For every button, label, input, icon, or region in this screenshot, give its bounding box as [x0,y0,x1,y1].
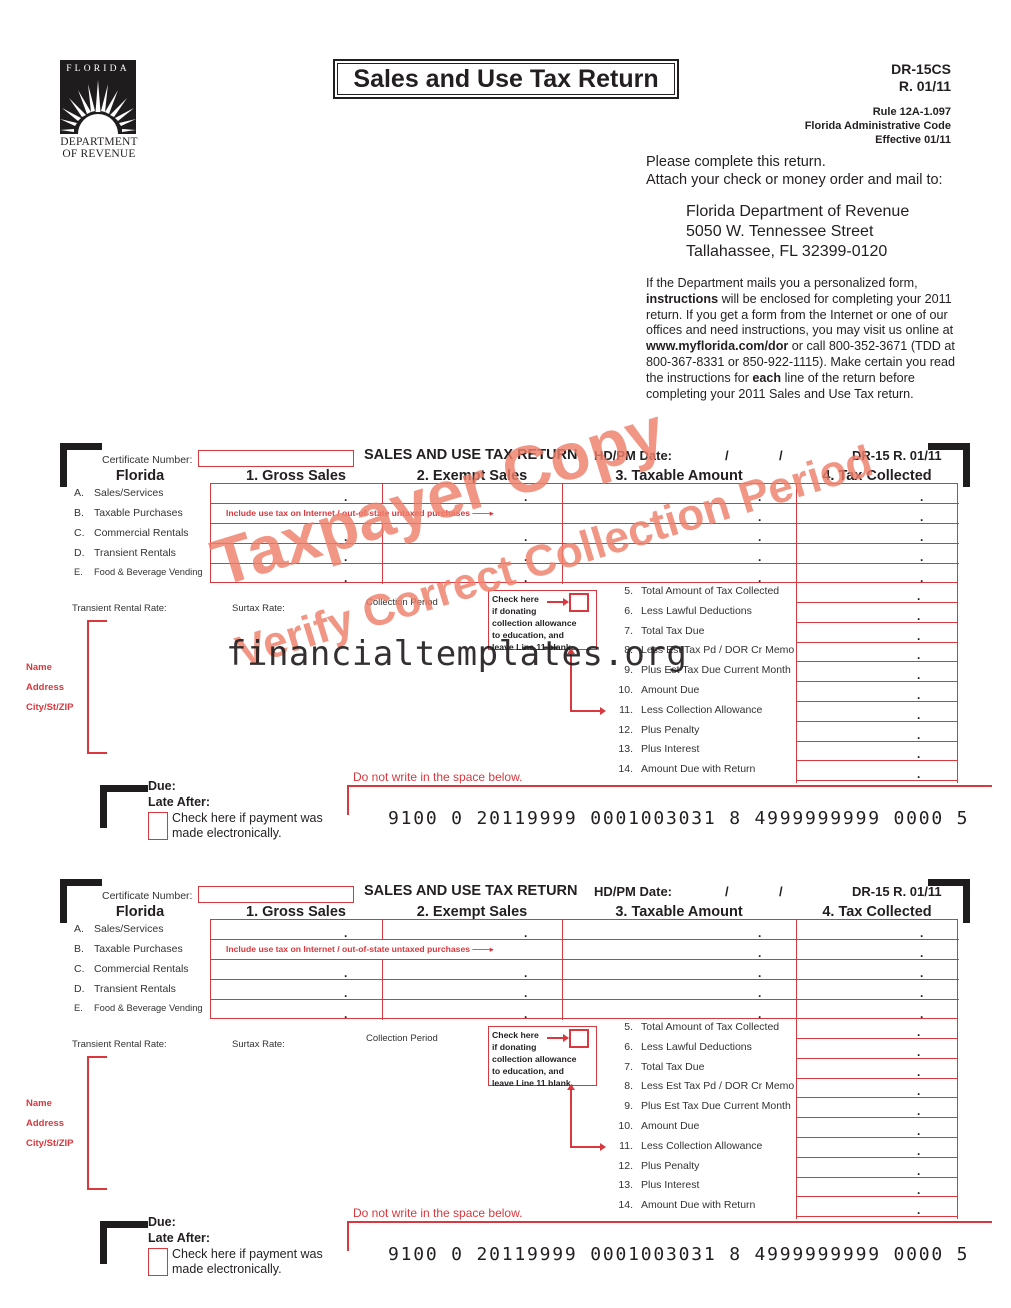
logo-dept-line2: OF REVENUE [58,148,140,160]
line-label: 11.Less Collection Allowance [604,704,762,716]
input-transient-rentals-exempt-sales[interactable]: . [383,980,563,1000]
decimal-point: . [758,1009,761,1019]
line-label: 13.Plus Interest [604,1179,699,1191]
line-number: 9. [604,1100,633,1112]
line-text: Plus Interest [641,743,699,755]
line-label: 14.Amount Due with Return [604,1199,755,1211]
paid-electronically-checkbox[interactable] [148,1248,168,1276]
column-header-gross-sales: 1. Gross Sales [210,468,382,484]
decimal-point: . [917,690,920,700]
arrow-right-icon [547,601,565,603]
line-label: 5.Total Amount of Tax Collected [604,585,779,597]
decimal-point: . [344,492,347,502]
row-text: Taxable Purchases [94,507,183,519]
row-label: D.Transient Rentals [74,547,176,559]
decimal-point: . [917,1086,920,1096]
surtax-rate-label: Surtax Rate: [232,1039,285,1050]
input-sales-services-taxable-amount[interactable]: . [563,484,797,504]
line-text: Plus Interest [641,1179,699,1191]
input-food-beverage-vending-tax-collected[interactable]: . [797,564,959,584]
input-sales-services-tax-collected[interactable]: . [797,920,959,940]
line-number: 6. [604,605,633,617]
line-label: 10.Amount Due [604,684,699,696]
input-line-10[interactable]: . [797,682,957,702]
form-revision-code: DR-15 R. 01/11 [852,884,942,899]
decimal-point: . [758,492,761,502]
decimal-point: . [917,710,920,720]
input-commercial-rentals-gross-sales[interactable]: . [211,960,383,980]
input-line-9[interactable]: . [797,1098,957,1118]
decimal-point: . [344,988,347,998]
decimal-point: . [758,948,761,958]
input-transient-rentals-gross-sales[interactable]: . [211,980,383,1000]
collection-period-label: Collection Period [366,1033,438,1044]
column-header-tax-collected: 4. Tax Collected [796,904,958,920]
section-title: SALES AND USE TAX RETURN [364,883,578,899]
row-label: A.Sales/Services [74,923,163,935]
decimal-point: . [917,1166,920,1176]
decimal-point: . [758,532,761,542]
summary-lines-column: .......... [796,583,958,783]
row-b-note-cell: Include use tax on Internet / out-of-sta… [211,940,563,960]
decimal-point: . [524,928,527,938]
decimal-point: . [917,670,920,680]
decimal-point: . [917,1146,920,1156]
row-text: Transient Rentals [94,983,176,995]
input-line-14[interactable]: . [797,761,957,781]
form-title: Sales and Use Tax Return [337,63,675,95]
decimal-point: . [920,1009,923,1019]
input-sales-services-exempt-sales[interactable]: . [383,920,563,940]
decimal-point: . [917,730,920,740]
scan-area-border [347,1221,992,1223]
decimal-point: . [920,492,923,502]
date-separator: / [725,448,729,463]
corner-mark-top-left [60,443,102,487]
city-st-zip-label: City/St/ZIP [26,1138,74,1149]
mail-instructions: Please complete this return. Attach your… [646,153,943,189]
decimal-point: . [917,1027,920,1037]
hdpm-date-label: HD/PM Date: [594,884,672,899]
decimal-point: . [344,552,347,562]
line-number: 12. [604,724,633,736]
name-label: Name [26,662,52,673]
due-label: Due: [148,1215,176,1229]
address-label: Address [26,682,64,693]
please-line-1: Please complete this return. [646,153,943,171]
date-separator: / [779,448,783,463]
line-number: 10. [604,684,633,696]
form-revision: R. 01/11 [891,78,951,95]
input-taxable-purchases-tax-collected[interactable]: . [797,940,959,960]
input-transient-rentals-taxable-amount[interactable]: . [563,980,797,1000]
certificate-number-field[interactable] [198,450,354,467]
decimal-point: . [344,573,347,583]
input-sales-services-taxable-amount[interactable]: . [563,920,797,940]
line-number: 7. [604,625,633,637]
instr-bold-each: each [752,371,781,385]
input-line-13[interactable]: . [797,741,957,761]
row-label: E.Food & Beverage Vending [74,1003,203,1013]
line-label: 9.Plus Est Tax Due Current Month [604,1100,791,1112]
line-text: Total Tax Due [641,1061,704,1073]
line-label: 6.Less Lawful Deductions [604,1041,752,1053]
line-text: Plus Est Tax Due Current Month [641,1100,791,1112]
decimal-point: . [524,573,527,583]
instr-bold-instructions: instructions [646,292,718,306]
line-label: 10.Amount Due [604,1120,699,1132]
instr-text-1: If the Department mails you a personaliz… [646,276,918,290]
line-text: Plus Est Tax Due Current Month [641,664,791,676]
line-number: 13. [604,1179,633,1191]
input-food-beverage-vending-exempt-sales[interactable]: . [383,1000,563,1020]
line-number: 9. [604,664,633,676]
row-text: Sales/Services [94,923,163,935]
column-header-exempt-sales: 2. Exempt Sales [382,468,562,484]
date-separator: / [779,884,783,899]
dor-website-link[interactable]: www.myflorida.com/dor [646,339,788,353]
logo-department-text: DEPARTMENT OF REVENUE [58,136,140,160]
row-label: B.Taxable Purchases [74,943,183,955]
input-line-7[interactable]: . [797,1059,957,1079]
surtax-rate-label: Surtax Rate: [232,603,285,614]
donate-text-line: collection allowance [492,1053,593,1065]
paid-electronically-label: Check here if payment was made electroni… [172,811,352,841]
input-transient-rentals-exempt-sales[interactable]: . [383,544,563,564]
input-line-10[interactable]: . [797,1118,957,1138]
row-label: D.Transient Rentals [74,983,176,995]
line-number: 11. [604,704,633,716]
line-label: 12.Plus Penalty [604,1160,699,1172]
input-transient-rentals-tax-collected[interactable]: . [797,980,959,1000]
row-letter: D. [74,547,94,559]
donate-text-line: leave Line 11 blank. [492,641,593,653]
decimal-point: . [524,968,527,978]
decimal-point: . [758,512,761,522]
input-commercial-rentals-exempt-sales[interactable]: . [383,524,563,544]
input-food-beverage-vending-tax-collected[interactable]: . [797,1000,959,1020]
row-b-note-cell: Include use tax on Internet / out-of-sta… [211,504,563,524]
decimal-point: . [920,988,923,998]
row-letter: D. [74,983,94,995]
input-line-9[interactable]: . [797,662,957,682]
row-label: E.Food & Beverage Vending [74,567,203,577]
row-text: Commercial Rentals [94,963,189,975]
row-letter: A. [74,487,94,499]
decimal-point: . [917,1205,920,1215]
line-label: 13.Plus Interest [604,743,699,755]
input-line-5[interactable]: . [797,1019,957,1039]
input-commercial-rentals-exempt-sales[interactable]: . [383,960,563,980]
decimal-point: . [917,1126,920,1136]
row-text: Sales/Services [94,487,163,499]
admin-code: Florida Administrative Code [805,119,951,133]
scan-area-border [347,785,992,787]
line-label: 7.Total Tax Due [604,625,704,637]
row-text: Taxable Purchases [94,943,183,955]
line-number: 12. [604,1160,633,1172]
address-window-bracket [87,620,107,754]
input-sales-services-gross-sales[interactable]: . [211,484,383,504]
line-text: Plus Penalty [641,1160,699,1172]
corner-mark-due [100,1221,148,1264]
decimal-point: . [524,532,527,542]
corner-mark-top-left [60,879,102,923]
decimal-point: . [920,928,923,938]
column-header-florida: Florida [100,468,180,484]
input-sales-services-tax-collected[interactable]: . [797,484,959,504]
rule-number: Rule 12A-1.097 [805,105,951,119]
line-text: Less Collection Allowance [641,1140,762,1152]
input-line-14[interactable]: . [797,1197,957,1217]
input-commercial-rentals-tax-collected[interactable]: . [797,960,959,980]
line-text: Amount Due with Return [641,1199,755,1211]
decimal-point: . [344,968,347,978]
line-label: 7.Total Tax Due [604,1061,704,1073]
form-number: DR-15CS [891,61,951,78]
decimal-point: . [917,591,920,601]
logo-dept-line1: DEPARTMENT [58,136,140,148]
line-number: 10. [604,1120,633,1132]
row-letter: B. [74,943,94,955]
decimal-point: . [524,988,527,998]
line-number: 11. [604,1140,633,1152]
row-text: Transient Rentals [94,547,176,559]
line-label: 6.Less Lawful Deductions [604,605,752,617]
decimal-point: . [758,968,761,978]
input-food-beverage-vending-gross-sales[interactable]: . [211,564,383,584]
row-letter: E. [74,567,94,577]
column-header-taxable-amount: 3. Taxable Amount [562,904,796,920]
input-food-beverage-vending-exempt-sales[interactable]: . [383,564,563,584]
use-tax-note: Include use tax on Internet / out-of-sta… [226,944,494,955]
name-label: Name [26,1098,52,1109]
row-label: B.Taxable Purchases [74,507,183,519]
column-header-florida: Florida [100,904,180,920]
effective-date: Effective 01/11 [805,133,951,147]
decimal-point: . [524,492,527,502]
line-text: Less Est Tax Pd / DOR Cr Memo [641,1080,794,1092]
decimal-point: . [344,532,347,542]
paid-electronically-label: Check here if payment was made electroni… [172,1247,352,1277]
form-revision-code: DR-15 R. 01/11 [852,448,942,463]
line-text: Amount Due [641,684,699,696]
decimal-point: . [524,1009,527,1019]
donate-text-line: to education, and [492,1065,593,1077]
input-line-12[interactable]: . [797,1158,957,1178]
decimal-point: . [524,552,527,562]
column-header-taxable-amount: 3. Taxable Amount [562,468,796,484]
line-text: Total Amount of Tax Collected [641,1021,779,1033]
transient-rental-rate-label: Transient Rental Rate: [72,1039,167,1050]
florida-dor-logo: FLORIDA [60,60,136,134]
input-line-8[interactable]: . [797,642,957,662]
section-title: SALES AND USE TAX RETURN [364,447,578,463]
decimal-point: . [758,988,761,998]
row-label: C.Commercial Rentals [74,963,189,975]
line-text: Less Collection Allowance [641,704,762,716]
date-separator: / [725,884,729,899]
line-number: 8. [604,644,633,656]
input-food-beverage-vending-taxable-amount[interactable]: . [563,1000,797,1020]
late-after-label: Late After: [148,795,210,809]
input-food-beverage-vending-gross-sales[interactable]: . [211,1000,383,1020]
column-header-exempt-sales: 2. Exempt Sales [382,904,562,920]
decimal-point: . [917,1185,920,1195]
rule-block: Rule 12A-1.097 Florida Administrative Co… [805,105,951,147]
decimal-point: . [920,968,923,978]
input-line-13[interactable]: . [797,1177,957,1197]
line-label: 9.Plus Est Tax Due Current Month [604,664,791,676]
arrow-right-icon [570,710,602,712]
use-tax-note: Include use tax on Internet / out-of-sta… [226,508,494,519]
sunburst-logo-icon [60,78,136,134]
arrow-right-icon [547,1037,565,1039]
input-sales-services-gross-sales[interactable]: . [211,920,383,940]
input-line-5[interactable]: . [797,583,957,603]
input-taxable-purchases-taxable-amount[interactable]: . [563,940,797,960]
tax-return-coupon: Certificate Number: SALES AND USE TAX RE… [0,876,1011,1296]
input-line-6[interactable]: . [797,1039,957,1059]
mailing-address: Florida Department of Revenue 5050 W. Te… [686,202,909,262]
line-number: 14. [604,763,633,775]
input-commercial-rentals-taxable-amount[interactable]: . [563,960,797,980]
donate-text-line: to education, and [492,629,593,641]
decimal-point: . [758,552,761,562]
donate-to-education-checkbox[interactable] [569,1029,589,1048]
row-text: Food & Beverage Vending [94,1003,203,1013]
collection-period-label: Collection Period [366,597,438,608]
row-letter: C. [74,527,94,539]
line-label: 12.Plus Penalty [604,724,699,736]
form-title-box: Sales and Use Tax Return [333,59,679,99]
row-letter: A. [74,923,94,935]
decimal-point: . [917,749,920,759]
corner-mark-due [100,785,148,828]
decimal-point: . [920,532,923,542]
row-text: Commercial Rentals [94,527,189,539]
donate-text-line: leave Line 11 blank. [492,1077,593,1089]
decimal-point: . [920,512,923,522]
column-header-gross-sales: 1. Gross Sales [210,904,382,920]
donate-text-line: collection allowance [492,617,593,629]
certificate-number-field[interactable] [198,886,354,903]
input-line-12[interactable]: . [797,722,957,742]
line-text: Total Amount of Tax Collected [641,585,779,597]
address-line-3: Tallahassee, FL 32399-0120 [686,242,909,262]
sales-grid: ....Include use tax on Internet / out-of… [210,483,958,583]
row-letter: B. [74,507,94,519]
hdpm-date-label: HD/PM Date: [594,448,672,463]
row-text: Food & Beverage Vending [94,567,203,577]
decimal-point: . [920,948,923,958]
arrow-up-icon [570,653,572,711]
sales-grid: ....Include use tax on Internet / out-of… [210,919,958,1019]
line-label: 11.Less Collection Allowance [604,1140,762,1152]
summary-lines-column: .......... [796,1019,958,1219]
input-transient-rentals-tax-collected[interactable]: . [797,544,959,564]
decimal-point: . [758,573,761,583]
input-commercial-rentals-taxable-amount[interactable]: . [563,524,797,544]
input-transient-rentals-gross-sales[interactable]: . [211,544,383,564]
line-label: 5.Total Amount of Tax Collected [604,1021,779,1033]
line-number: 14. [604,1199,633,1211]
please-line-2: Attach your check or money order and mai… [646,171,943,189]
decimal-point: . [917,631,920,641]
input-taxable-purchases-tax-collected[interactable]: . [797,504,959,524]
input-commercial-rentals-tax-collected[interactable]: . [797,524,959,544]
line-label: 8.Less Est Tax Pd / DOR Cr Memo [604,1080,794,1092]
decimal-point: . [917,1106,920,1116]
input-food-beverage-vending-taxable-amount[interactable]: . [563,564,797,584]
line-text: Total Tax Due [641,625,704,637]
address-window-bracket [87,1056,107,1190]
line-label: 8.Less Est Tax Pd / DOR Cr Memo [604,644,794,656]
ocr-scan-line: 9100 0 20119999 0001003031 8 4999999999 … [388,808,969,829]
due-label: Due: [148,779,176,793]
line-text: Less Lawful Deductions [641,1041,752,1053]
late-after-label: Late After: [148,1231,210,1245]
input-transient-rentals-taxable-amount[interactable]: . [563,544,797,564]
row-label: A.Sales/Services [74,487,163,499]
input-line-7[interactable]: . [797,623,957,643]
transient-rental-rate-label: Transient Rental Rate: [72,603,167,614]
input-line-11[interactable]: . [797,702,957,722]
input-line-6[interactable]: . [797,603,957,623]
donate-to-education-checkbox[interactable] [569,593,589,612]
address-label: Address [26,1118,64,1129]
line-text: Less Lawful Deductions [641,605,752,617]
line-label: 14.Amount Due with Return [604,763,755,775]
line-number: 5. [604,1021,633,1033]
decimal-point: . [917,1067,920,1077]
line-text: Less Est Tax Pd / DOR Cr Memo [641,644,794,656]
form-number-block: DR-15CS R. 01/11 [891,61,951,95]
row-letter: E. [74,1003,94,1013]
line-number: 8. [604,1080,633,1092]
ocr-scan-line: 9100 0 20119999 0001003031 8 4999999999 … [388,1244,969,1265]
decimal-point: . [344,928,347,938]
do-not-write-notice: Do not write in the space below. [353,1206,522,1220]
input-line-11[interactable]: . [797,1138,957,1158]
line-number: 7. [604,1061,633,1073]
input-sales-services-exempt-sales[interactable]: . [383,484,563,504]
address-line-1: Florida Department of Revenue [686,202,909,222]
decimal-point: . [917,769,920,779]
city-st-zip-label: City/St/ZIP [26,702,74,713]
decimal-point: . [758,928,761,938]
address-line-2: 5050 W. Tennessee Street [686,222,909,242]
decimal-point: . [917,1047,920,1057]
line-number: 13. [604,743,633,755]
paid-electronically-checkbox[interactable] [148,812,168,840]
input-taxable-purchases-taxable-amount[interactable]: . [563,504,797,524]
decimal-point: . [920,552,923,562]
do-not-write-notice: Do not write in the space below. [353,770,522,784]
input-line-8[interactable]: . [797,1078,957,1098]
line-text: Amount Due [641,1120,699,1132]
line-text: Plus Penalty [641,724,699,736]
input-commercial-rentals-gross-sales[interactable]: . [211,524,383,544]
decimal-point: . [344,1009,347,1019]
arrow-up-icon [570,1089,572,1147]
decimal-point: . [917,611,920,621]
decimal-point: . [920,573,923,583]
arrow-right-icon [570,1146,602,1148]
line-number: 6. [604,1041,633,1053]
line-number: 5. [604,585,633,597]
column-header-tax-collected: 4. Tax Collected [796,468,958,484]
